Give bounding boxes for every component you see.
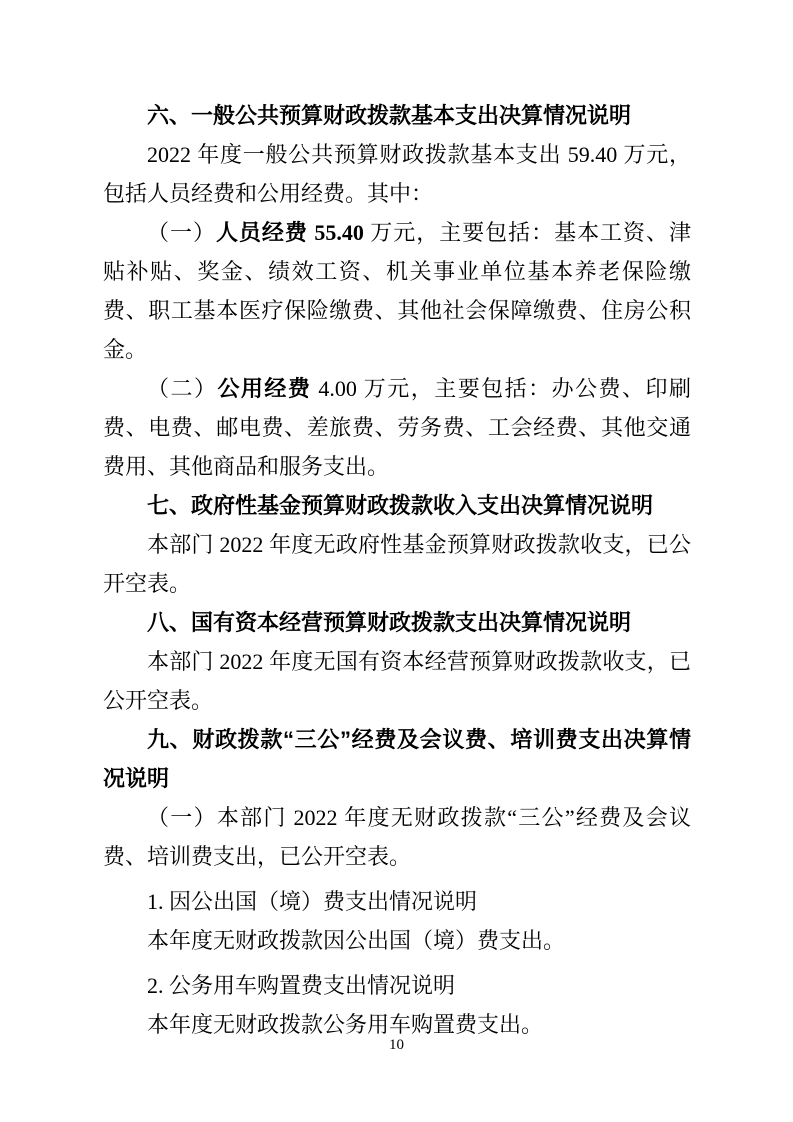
personnel-expense-paragraph: （一）人员经费 55.40 万元，主要包括：基本工资、津贴补贴、奖金、绩效工资、… <box>103 213 691 369</box>
public-expense-prefix: （二） <box>147 376 217 401</box>
section-8-heading: 八、国有资本经营预算财政拨款支出决算情况说明 <box>103 603 691 642</box>
section-8-body-paragraph: 本部门 2022 年度无国有资本经营预算财政拨款收支，已公开空表。 <box>103 642 691 720</box>
section-6-intro-paragraph: 2022 年度一般公共预算财政拨款基本支出 59.40 万元，包括人员经费和公用… <box>103 135 691 213</box>
document-page: 六、一般公共预算财政拨款基本支出决算情况说明 2022 年度一般公共预算财政拨款… <box>0 0 793 1122</box>
abroad-expense-body: 本年度无财政拨款因公出国（境）费支出。 <box>103 921 691 960</box>
abroad-expense-subheading: 1. 因公出国（境）费支出情况说明 <box>103 882 691 921</box>
page-footer: 10 <box>0 1036 793 1054</box>
section-6-heading: 六、一般公共预算财政拨款基本支出决算情况说明 <box>103 96 691 135</box>
section-9-heading: 九、财政拨款“三公”经费及会议费、培训费支出决算情况说明 <box>103 720 691 798</box>
personnel-expense-prefix: （一） <box>147 220 216 245</box>
public-expense-paragraph: （二）公用经费 4.00 万元，主要包括：办公费、印刷费、电费、邮电费、差旅费、… <box>103 369 691 486</box>
vehicle-purchase-subheading: 2. 公务用车购置费支出情况说明 <box>103 966 691 1005</box>
section-7-heading: 七、政府性基金预算财政拨款收入支出决算情况说明 <box>103 486 691 525</box>
section-7-body-paragraph: 本部门 2022 年度无政府性基金预算财政拨款收支，已公开空表。 <box>103 525 691 603</box>
personnel-expense-bold: 人员经费 55.40 <box>216 220 370 245</box>
document-body: 六、一般公共预算财政拨款基本支出决算情况说明 2022 年度一般公共预算财政拨款… <box>103 96 691 1044</box>
public-expense-bold: 公用经费 <box>217 376 311 401</box>
section-9-item1-paragraph: （一）本部门 2022 年度无财政拨款“三公”经费及会议费、培训费支出，已公开空… <box>103 798 691 876</box>
page-number: 10 <box>389 1037 404 1053</box>
